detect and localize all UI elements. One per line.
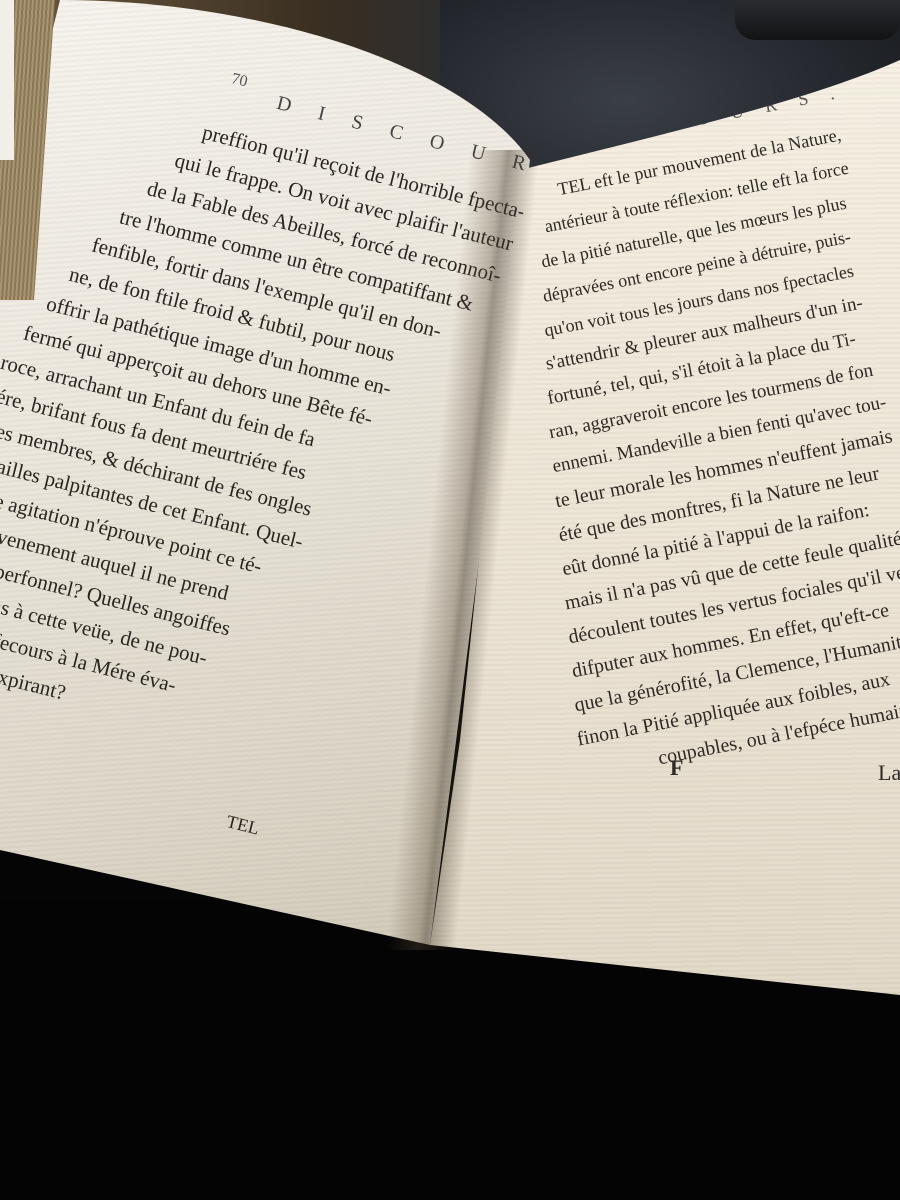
body-text: preffion qu'il reçoit de l'horrible fpec… (0, 69, 529, 789)
signature-mark: F (670, 755, 683, 781)
background-strap (735, 0, 900, 40)
book-cover-edge (0, 0, 14, 160)
body-text: TEL eft le pur mouvement de la Nature, a… (545, 106, 900, 776)
catchword: TEL (224, 811, 261, 839)
catchword: La (878, 760, 900, 786)
page-number: 70 (229, 70, 249, 91)
